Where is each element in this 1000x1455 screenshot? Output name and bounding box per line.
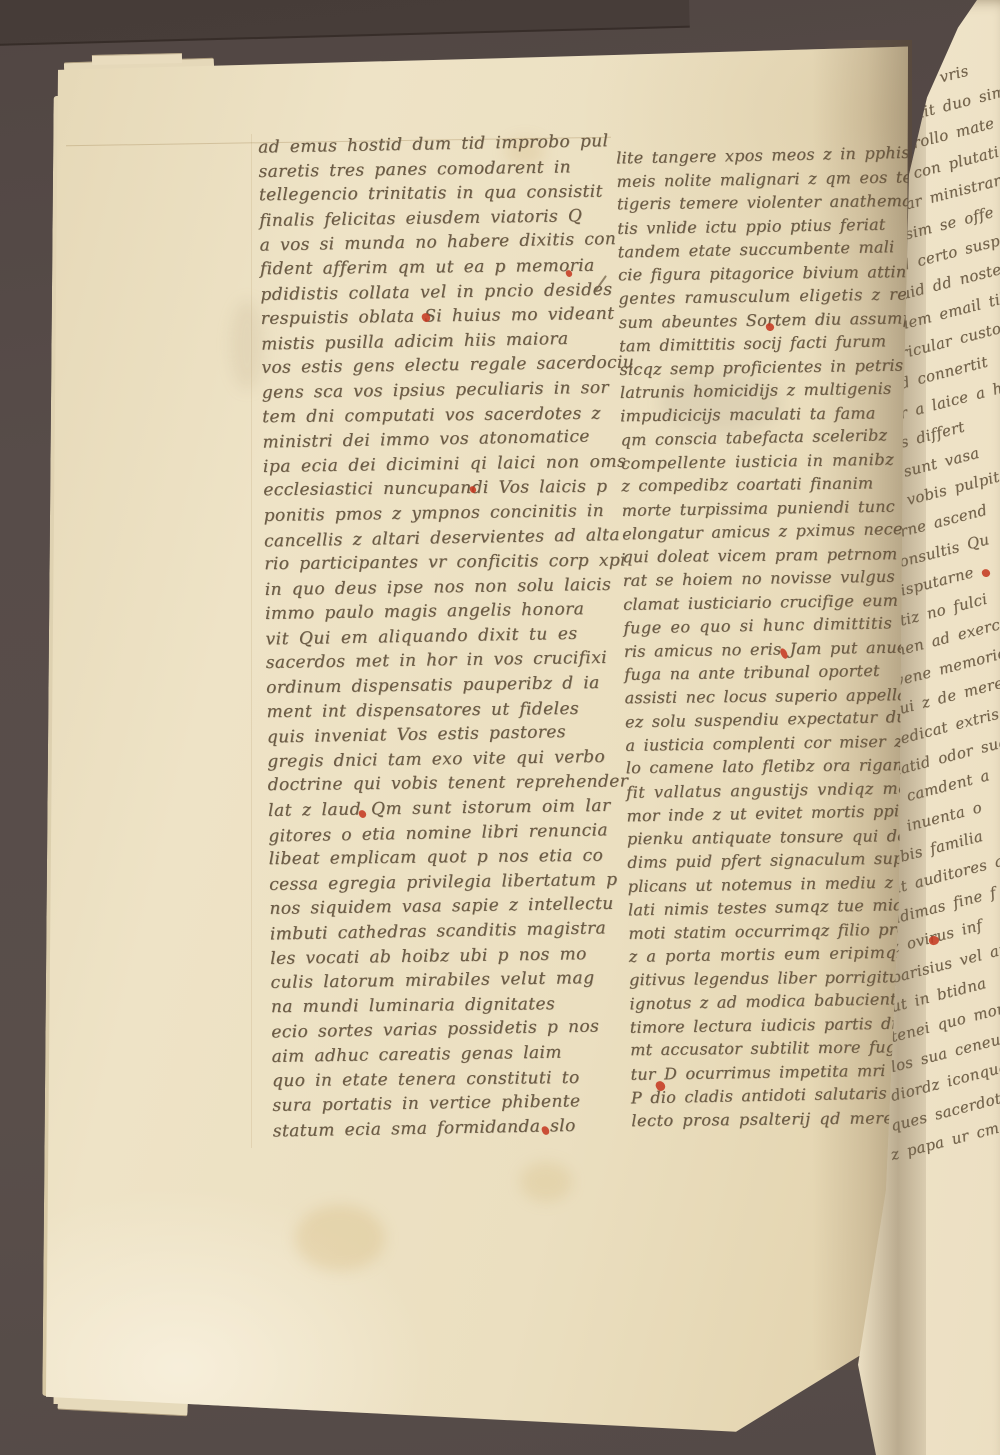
ruling-line-left (251, 134, 252, 1148)
page-stack-corner (92, 53, 182, 65)
manuscript-line: tellegencio trinitatis in qua consistit (259, 180, 604, 208)
manuscript-photo: { "manuscript": { "left_page": { "column… (0, 0, 1000, 1455)
manuscript-line: doctrine qui vobis tenent reprehender (268, 770, 613, 798)
manuscript-line: aim adhuc careatis genas laim (271, 1040, 616, 1070)
parchment-stain (295, 1205, 385, 1271)
manuscript-line: rio participantes vr conficitis corp xpi (264, 549, 609, 577)
manuscript-line: fident afferim qm ut ea p memoria (260, 254, 605, 282)
manuscript-line: ecclesiastici nuncupandi Vos laicis p (263, 475, 608, 503)
manuscript-line: quo in etate tenera constituti to (272, 1065, 617, 1093)
backing-board-seam (0, 0, 690, 46)
parchment-stain (230, 300, 264, 390)
manuscript-line: gens sca vos ipsius peculiaris in sor (262, 376, 607, 406)
next-folio-text: qs ht vrismonit duo simJutrollo matein c… (893, 80, 1000, 1175)
parchment-stain (520, 1162, 572, 1202)
manuscript-line: statum ecia sma formidanda slo (273, 1113, 618, 1144)
manuscript-line: libeat emplicam quot p nos etia co (269, 844, 614, 872)
text-column-left: ad emus hostid dum tid improbo pulsareti… (258, 130, 618, 1143)
